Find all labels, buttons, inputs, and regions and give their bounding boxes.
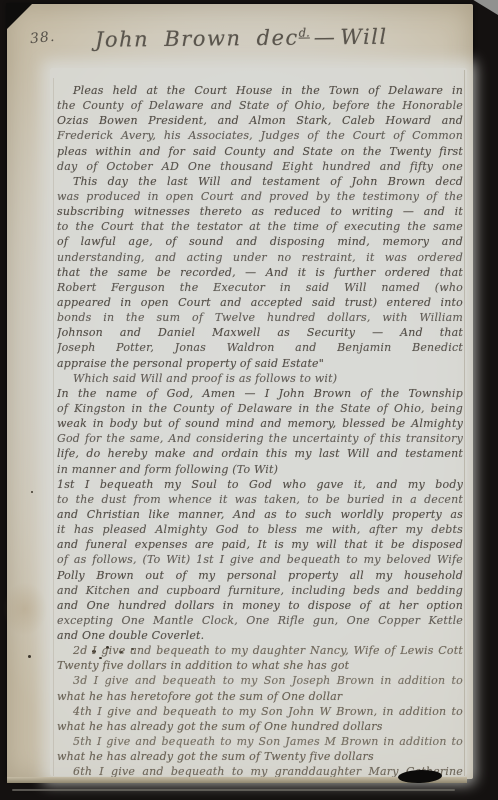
document-line: and funeral expenses are paid, It is my …: [57, 537, 463, 552]
ink-speck: [31, 491, 33, 493]
document-line: excepting One Mantle Clock, One Rifle gu…: [57, 613, 463, 628]
document-line: bonds in the sum of Twelve hundred dolla…: [57, 310, 463, 325]
document-line: to the dust from whence it was taken, to…: [57, 492, 463, 507]
document-line: of lawful age, of sound and disposing mi…: [57, 234, 463, 249]
document-line: Twenty five dollars in addition to what …: [57, 658, 463, 673]
document-line: and One hundred dollars in money to disp…: [57, 598, 463, 613]
document-line: Polly Brown out of my personal property …: [57, 568, 463, 583]
document-line: day of October AD One thousand Eight hun…: [57, 159, 463, 174]
entry-title: John Brown decd.—Will: [95, 24, 425, 51]
lower-page-edge-highlight: [12, 789, 455, 791]
document-line: Frederick Avery, his Associates, Judges …: [57, 128, 463, 143]
margin-rule-line: [53, 78, 54, 776]
document-line: what he has already got the sum of One h…: [57, 719, 463, 734]
document-line: what he has already got the sum of Twent…: [57, 749, 463, 764]
page-number: 38.: [29, 29, 56, 48]
document-line: God for the same, And considering the un…: [57, 431, 463, 446]
document-line: was produced in open Court and proved by…: [57, 189, 463, 204]
document-line: and Kitchen and cupboard furniture, incl…: [57, 583, 463, 598]
document-line: subscribing witnesses thereto as reduced…: [57, 204, 463, 219]
document-line: in manner and form following (To Wit): [57, 462, 463, 477]
document-line: 1st I bequeath my Soul to God who gave i…: [57, 477, 463, 492]
document-line: 5th I give and bequeath to my Son James …: [57, 734, 463, 749]
document-line: This day the last Will and testament of …: [57, 174, 463, 189]
document-line: 4th I give and bequeath to my Son John W…: [57, 704, 463, 719]
document-line: pleas within and for said County and Sta…: [57, 144, 463, 159]
ledger-photo: 38. John Brown decd.—Will Pleas held at …: [0, 0, 498, 800]
document-lines: Pleas held at the Court House in the Tow…: [57, 83, 463, 779]
document-line: Joseph Potter, Jonas Waldron and Benjami…: [57, 340, 463, 355]
document-line: Ozias Bowen President, and Almon Stark, …: [57, 113, 463, 128]
document-line: life, do hereby make and ordain this my …: [57, 446, 463, 461]
document-line: appraise the personal property of said E…: [57, 356, 463, 371]
decd-superscript: d.: [299, 25, 310, 39]
document-line: 3d I give and bequeath to my Son Joseph …: [57, 673, 463, 688]
document-line: understanding, and acting under no restr…: [57, 250, 463, 265]
document-line: Robert Ferguson the Executor in said Wil…: [57, 280, 463, 295]
document-line: of Kingston in the County of Delaware in…: [57, 401, 463, 416]
document-line: and One double Coverlet.: [57, 628, 463, 643]
document-line: 2d I give and bequeath to my daughter Na…: [57, 643, 463, 658]
document-line: Johnson and Daniel Maxwell as Security —…: [57, 325, 463, 340]
ink-speck: [28, 655, 31, 658]
decedent-name: John Brown dec: [95, 26, 299, 52]
document-type: Will: [340, 25, 388, 49]
document-line: In the name of God, Amen — I John Brown …: [57, 386, 463, 401]
document-line: Which said Will and proof is as follows …: [57, 371, 463, 386]
document-line: to the Court that the testator at the ti…: [57, 219, 463, 234]
document-line: of as follows, (To Wit) 1st I give and b…: [57, 552, 463, 567]
title-dash: —: [314, 25, 337, 49]
page-edge-line: [464, 70, 465, 776]
document-line: what he has heretofore got the sum of On…: [57, 689, 463, 704]
document-line: appeared in open Court and accepted said…: [57, 295, 463, 310]
document-line: it has pleased Almighty God to bless me …: [57, 522, 463, 537]
paper-stain: [0, 572, 56, 646]
document-line: the County of Delaware and State of Ohio…: [57, 98, 463, 113]
document-line: weak in body but of sound mind and memor…: [57, 416, 463, 431]
document-line: Pleas held at the Court House in the Tow…: [57, 83, 463, 98]
document-line: and Christian like manner, And as to suc…: [57, 507, 463, 522]
document-line: that the same be recorded, — And it is f…: [57, 265, 463, 280]
